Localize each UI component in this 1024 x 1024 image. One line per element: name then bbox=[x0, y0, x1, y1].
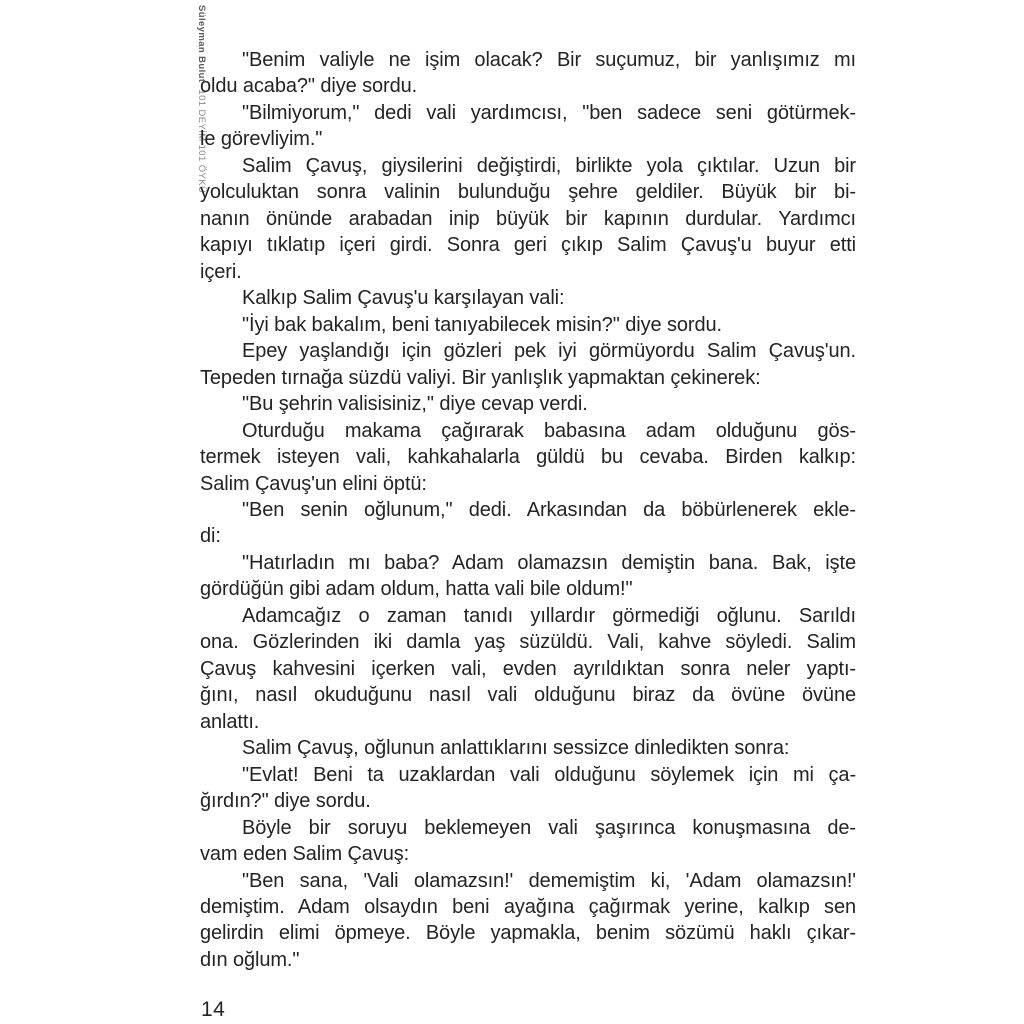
text-line: demiştim. Adam olsaydın beni ayağına çağ… bbox=[200, 894, 856, 920]
text-line: termek isteyen vali, kahkahalarla güldü … bbox=[200, 444, 856, 470]
text-line: anlattı. bbox=[200, 709, 856, 735]
paragraph: "Bilmiyorum," dedi vali yardımcısı, "ben… bbox=[200, 100, 856, 153]
text-line: Adamcağız o zaman tanıdı yıllardır görme… bbox=[200, 603, 856, 629]
paragraph: Salim Çavuş, giysilerini değiştirdi, bir… bbox=[200, 153, 856, 285]
paragraph: Böyle bir soruyu beklemeyen vali şaşırın… bbox=[200, 815, 856, 868]
text-line: dın oğlum." bbox=[200, 947, 856, 973]
paragraph: "Ben senin oğlunum," dedi. Arkasından da… bbox=[200, 497, 856, 550]
text-line: "Ben senin oğlunum," dedi. Arkasından da… bbox=[200, 497, 856, 523]
paragraph: "Benim valiyle ne işim olacak? Bir suçum… bbox=[200, 47, 856, 100]
text-line: Salim Çavuş'un elini öptü: bbox=[200, 471, 856, 497]
text-line: Böyle bir soruyu beklemeyen vali şaşırın… bbox=[200, 815, 856, 841]
paragraph: Epey yaşlandığı için gözleri pek iyi gör… bbox=[200, 338, 856, 391]
text-line: vam eden Salim Çavuş: bbox=[200, 841, 856, 867]
text-line: nanın önünde arabadan inip büyük bir kap… bbox=[200, 206, 856, 232]
text-line: Salim Çavuş, oğlunun anlattıklarını sess… bbox=[200, 735, 856, 761]
paragraph: "Ben sana, 'Vali olamazsın!' dememiştim … bbox=[200, 868, 856, 974]
text-line: yolculuktan sonra valinin bulunduğu şehr… bbox=[200, 179, 856, 205]
page-number: 14 bbox=[201, 998, 225, 1022]
text-line: le görevliyim." bbox=[200, 126, 856, 152]
text-line: ğını, nasıl okuduğunu nasıl vali olduğun… bbox=[200, 682, 856, 708]
text-line: Salim Çavuş, giysilerini değiştirdi, bir… bbox=[200, 153, 856, 179]
book-page: Süleyman Bulut101 DEYİM 101 ÖYKÜ "Benim … bbox=[0, 0, 1024, 1024]
paragraph: "İyi bak bakalım, beni tanıyabilecek mis… bbox=[200, 312, 856, 338]
paragraph: "Bu şehrin valisisiniz," diye cevap verd… bbox=[200, 391, 856, 417]
text-line: ona. Gözlerinden iki damla yaş süzüldü. … bbox=[200, 629, 856, 655]
text-line: "İyi bak bakalım, beni tanıyabilecek mis… bbox=[200, 312, 856, 338]
text-line: "Evlat! Beni ta uzaklardan vali olduğunu… bbox=[200, 762, 856, 788]
text-line: Oturduğu makama çağırarak babasına adam … bbox=[200, 418, 856, 444]
text-line: kapıyı tıklatıp içeri girdi. Sonra geri … bbox=[200, 232, 856, 258]
text-line: oldu acaba?" diye sordu. bbox=[200, 73, 856, 99]
text-line: di: bbox=[200, 523, 856, 549]
text-line: gelirdin elimi öpmeye. Böyle yapmakla, b… bbox=[200, 920, 856, 946]
text-line: "Ben sana, 'Vali olamazsın!' dememiştim … bbox=[200, 868, 856, 894]
paragraph: "Hatırladın mı baba? Adam olamazsın demi… bbox=[200, 550, 856, 603]
text-line: Epey yaşlandığı için gözleri pek iyi gör… bbox=[200, 338, 856, 364]
paragraph: Adamcağız o zaman tanıdı yıllardır görme… bbox=[200, 603, 856, 735]
text-line: "Bu şehrin valisisiniz," diye cevap verd… bbox=[200, 391, 856, 417]
paragraph: "Evlat! Beni ta uzaklardan vali olduğunu… bbox=[200, 762, 856, 815]
text-line: Çavuş kahvesini içerken vali, evden ayrı… bbox=[200, 656, 856, 682]
story-text-block: "Benim valiyle ne işim olacak? Bir suçum… bbox=[200, 47, 856, 973]
text-line: ğırdın?" diye sordu. bbox=[200, 788, 856, 814]
text-line: gördüğün gibi adam oldum, hatta vali bil… bbox=[200, 576, 856, 602]
text-line: "Hatırladın mı baba? Adam olamazsın demi… bbox=[200, 550, 856, 576]
text-line: "Bilmiyorum," dedi vali yardımcısı, "ben… bbox=[200, 100, 856, 126]
text-line: Kalkıp Salim Çavuş'u karşılayan vali: bbox=[200, 285, 856, 311]
text-line: içeri. bbox=[200, 259, 856, 285]
paragraph: Oturduğu makama çağırarak babasına adam … bbox=[200, 418, 856, 497]
text-line: Tepeden tırnağa süzdü valiyi. Bir yanlış… bbox=[200, 365, 856, 391]
paragraph: Salim Çavuş, oğlunun anlattıklarını sess… bbox=[200, 735, 856, 761]
text-line: "Benim valiyle ne işim olacak? Bir suçum… bbox=[200, 47, 856, 73]
paragraph: Kalkıp Salim Çavuş'u karşılayan vali: bbox=[200, 285, 856, 311]
